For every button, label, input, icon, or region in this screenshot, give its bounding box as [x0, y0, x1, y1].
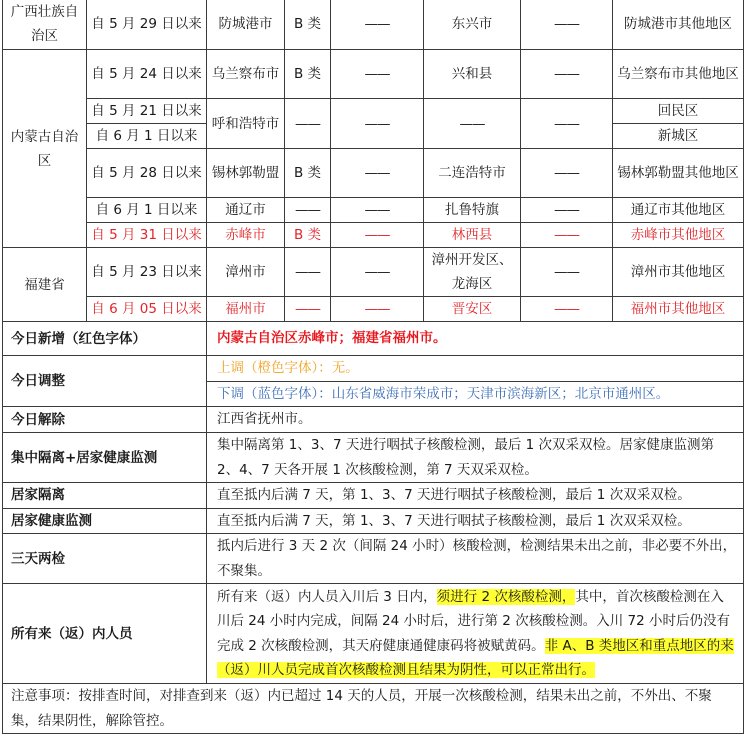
three-day-text: 抵内后进行 3 天 2 次（间隔 24 小时）核酸检测，检测结果未出之前，非必要…: [207, 534, 744, 584]
province-cell: 广西壮族自治区: [3, 0, 87, 50]
new-today-row: 今日新增（红色字体） 内蒙古自治区赤峰市；福建省福州市。: [3, 322, 744, 356]
home-monitor-text: 直至抵内后满 7 天，第 1、3、7 天进行咽拭子核酸检测，最后 1 次双采双检…: [207, 508, 744, 534]
blank-cell: ——: [521, 223, 613, 248]
date-cell: 自 6 月 1 日以来: [87, 124, 207, 149]
blank-cell: ——: [521, 50, 613, 99]
table-row: 广西壮族自治区 自 5 月 29 日以来 防城港市 B 类 —— 东兴市 —— …: [3, 0, 744, 50]
county-cell: 晋安区: [424, 297, 521, 322]
date-cell: 自 6 月 1 日以来: [87, 198, 207, 223]
blank-cell: ——: [521, 99, 613, 149]
county-cell: 兴和县: [424, 50, 521, 99]
city-cell: 漳州市: [207, 248, 285, 297]
table-row: 自 5 月 21 日以来 呼和浩特市 —— —— —— —— 回民区: [3, 99, 744, 124]
central-home-row: 集中隔离+居家健康监测 集中隔离第 1、3、7 天进行咽拭子核酸检测，最后 1 …: [3, 433, 744, 483]
blank-cell: ——: [331, 99, 424, 149]
risk-cell: ——: [285, 248, 331, 297]
adjust-up-text: 上调（橙色字体）：无。: [207, 356, 744, 382]
lifted-today-text: 江西省抚州市。: [207, 407, 744, 433]
all-arrivals-label: 所有来（返）内人员: [3, 584, 207, 684]
blank-cell: ——: [331, 223, 424, 248]
city-cell: 通辽市: [207, 198, 285, 223]
risk-cell: B 类: [285, 149, 331, 198]
blank-cell: ——: [331, 0, 424, 50]
county-cell: 二连浩特市: [424, 149, 521, 198]
risk-cell: B 类: [285, 0, 331, 50]
date-cell: 自 5 月 21 日以来: [87, 99, 207, 124]
table-row: 自 6 月 1 日以来 通辽市 —— —— 扎鲁特旗 —— 通辽市其他地区: [3, 198, 744, 223]
risk-cell: ——: [285, 198, 331, 223]
all-arrivals-row: 所有来（返）内人员 所有来（返）内人员入川后 3 日内，须进行 2 次核酸检测，…: [3, 584, 744, 684]
other-area-cell: 福州市其他地区: [613, 297, 744, 322]
city-cell: 福州市: [207, 297, 285, 322]
arrivals-highlight-1: 须进行 2 次核酸检测，: [437, 589, 576, 605]
note-row: 注意事项：按排查时间，对排查到来（返）内已超过 14 天的人员，开展一次核酸检测…: [3, 684, 744, 732]
county-cell: 漳州开发区、龙海区: [424, 248, 521, 297]
blank-cell: ——: [521, 198, 613, 223]
three-day-row: 三天两检 抵内后进行 3 天 2 次（间隔 24 小时）核酸检测，检测结果未出之…: [3, 534, 744, 584]
province-cell: 福建省: [3, 248, 87, 322]
risk-cell: B 类: [285, 223, 331, 248]
central-home-text: 集中隔离第 1、3、7 天进行咽拭子核酸检测，最后 1 次双采双检。居家健康监测…: [207, 433, 744, 483]
all-arrivals-text: 所有来（返）内人员入川后 3 日内，须进行 2 次核酸检测，其中，首次核酸检测在…: [207, 584, 744, 684]
blank-cell: ——: [331, 50, 424, 99]
county-cell: 东兴市: [424, 0, 521, 50]
other-area-cell: 乌兰察布市其他地区: [613, 50, 744, 99]
other-area-cell: 锡林郭勒盟其他地区: [613, 149, 744, 198]
city-cell: 呼和浩特市: [207, 99, 285, 149]
date-cell: 自 5 月 24 日以来: [87, 50, 207, 99]
blank-cell: ——: [521, 297, 613, 322]
table-row: 福建省 自 5 月 23 日以来 漳州市 —— —— 漳州开发区、龙海区 —— …: [3, 248, 744, 297]
other-area-cell: 新城区: [613, 124, 744, 149]
table-row-new: 自 5 月 31 日以来 赤峰市 B 类 —— 林西县 —— 赤峰市其他地区: [3, 223, 744, 248]
adjust-today-row: 今日调整 上调（橙色字体）：无。: [3, 356, 744, 382]
other-area-cell: 漳州市其他地区: [613, 248, 744, 297]
adjust-down-text: 下调（蓝色字体）：山东省威海市荣成市；天津市滨海新区；北京市通州区。: [207, 381, 744, 407]
blank-cell: ——: [331, 297, 424, 322]
home-monitor-row: 居家健康监测 直至抵内后满 7 天，第 1、3、7 天进行咽拭子核酸检测，最后 …: [3, 508, 744, 534]
home-isolation-text: 直至抵内后满 7 天，第 1、3、7 天进行咽拭子核酸检测，最后 1 次双采双检…: [207, 483, 744, 509]
lifted-today-label: 今日解除: [3, 407, 207, 433]
epidemic-control-table: 广西壮族自治区 自 5 月 29 日以来 防城港市 B 类 —— 东兴市 —— …: [2, 0, 744, 731]
three-day-label: 三天两检: [3, 534, 207, 584]
risk-cell: ——: [285, 99, 331, 149]
table-row: 自 5 月 28 日以来 锡林郭勒盟 B 类 —— 二连浩特市 —— 锡林郭勒盟…: [3, 149, 744, 198]
blank-cell: ——: [331, 149, 424, 198]
home-isolation-row: 居家隔离 直至抵内后满 7 天，第 1、3、7 天进行咽拭子核酸检测，最后 1 …: [3, 483, 744, 509]
province-cell: 内蒙古自治区: [3, 50, 87, 248]
date-cell: 自 5 月 28 日以来: [87, 149, 207, 198]
arrivals-text-1: 所有来（返）内人员入川后 3 日内，: [217, 589, 437, 605]
other-area-cell: 通辽市其他地区: [613, 198, 744, 223]
note-text: 注意事项：按排查时间，对排查到来（返）内已超过 14 天的人员，开展一次核酸检测…: [3, 684, 744, 732]
date-cell: 自 6 月 05 日以来: [87, 297, 207, 322]
date-cell: 自 5 月 29 日以来: [87, 0, 207, 50]
home-isolation-label: 居家隔离: [3, 483, 207, 509]
county-cell: 林西县: [424, 223, 521, 248]
risk-cell: ——: [285, 297, 331, 322]
adjust-today-label: 今日调整: [3, 356, 207, 407]
city-cell: 锡林郭勒盟: [207, 149, 285, 198]
home-monitor-label: 居家健康监测: [3, 508, 207, 534]
city-cell: 防城港市: [207, 0, 285, 50]
new-today-text: 内蒙古自治区赤峰市；福建省福州市。: [207, 322, 744, 356]
other-area-cell: 防城港市其他地区: [613, 0, 744, 50]
new-today-label: 今日新增（红色字体）: [3, 322, 207, 356]
blank-cell: ——: [521, 149, 613, 198]
central-home-label: 集中隔离+居家健康监测: [3, 433, 207, 483]
county-cell: ——: [424, 99, 521, 149]
blank-cell: ——: [331, 248, 424, 297]
county-cell: 扎鲁特旗: [424, 198, 521, 223]
blank-cell: ——: [331, 198, 424, 223]
table-row-new: 自 6 月 05 日以来 福州市 —— —— 晋安区 —— 福州市其他地区: [3, 297, 744, 322]
risk-cell: B 类: [285, 50, 331, 99]
other-area-cell: 赤峰市其他地区: [613, 223, 744, 248]
other-area-cell: 回民区: [613, 99, 744, 124]
blank-cell: ——: [521, 248, 613, 297]
date-cell: 自 5 月 31 日以来: [87, 223, 207, 248]
date-cell: 自 5 月 23 日以来: [87, 248, 207, 297]
city-cell: 赤峰市: [207, 223, 285, 248]
blank-cell: ——: [521, 0, 613, 50]
city-cell: 乌兰察布市: [207, 50, 285, 99]
table-row: 内蒙古自治区 自 5 月 24 日以来 乌兰察布市 B 类 —— 兴和县 —— …: [3, 50, 744, 99]
lifted-today-row: 今日解除 江西省抚州市。: [3, 407, 744, 433]
